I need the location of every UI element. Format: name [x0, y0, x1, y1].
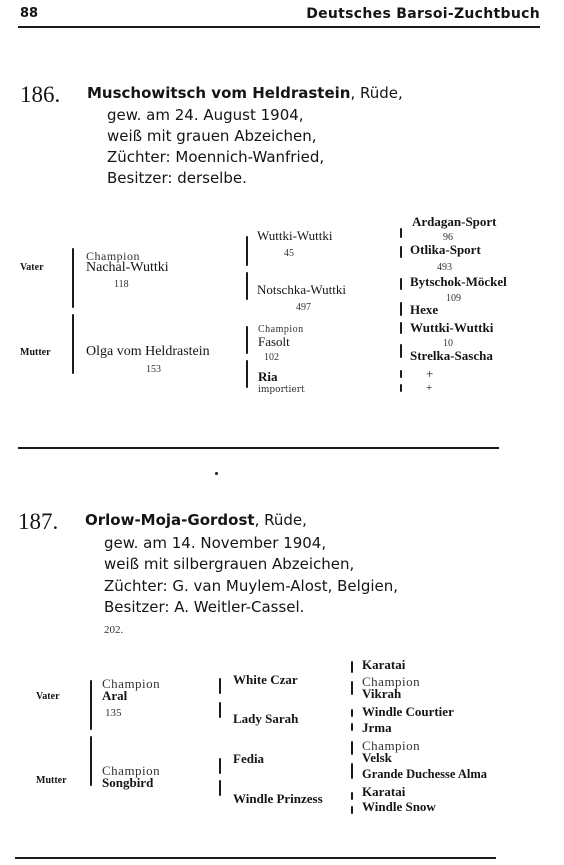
brace	[219, 678, 221, 694]
sire: Champion Aral	[102, 678, 160, 702]
extra-note: 202.	[104, 624, 123, 636]
coat-color: weiß mit silbergrauen Abzeichen,	[104, 555, 354, 573]
brace	[246, 326, 248, 354]
deceased-mark: +	[426, 368, 433, 380]
entry-number: 186.	[20, 82, 60, 108]
sire-sire-reg: 45	[284, 248, 294, 259]
dam-dam-note: importiert	[258, 385, 305, 395]
brace	[219, 758, 221, 774]
dam-sire-reg: 102	[264, 352, 279, 363]
gen3-name: Ardagan-Sport	[412, 216, 497, 228]
gen3-name: Karatai	[362, 786, 405, 798]
footer-rule	[15, 857, 496, 859]
sire-dam-reg: 497	[296, 302, 311, 313]
brace	[351, 681, 353, 695]
brace	[400, 278, 402, 290]
speck	[215, 472, 218, 475]
gen3-name: Wuttki-Wuttki	[410, 322, 493, 334]
sire-label: Vater	[36, 691, 60, 702]
gen3-entry: Champion Velsk	[362, 740, 420, 764]
owner: Besitzer: derselbe.	[107, 169, 247, 187]
gen3-name: Karatai	[362, 659, 405, 671]
dog-name: Muschowitsch vom Heldrastein	[87, 84, 350, 102]
brace	[400, 370, 402, 378]
brace	[90, 680, 92, 730]
dam: Champion Songbird	[102, 765, 160, 789]
owner: Besitzer: A. Weitler-Cassel.	[104, 598, 304, 616]
dam-sire-name: Fasolt	[258, 336, 304, 348]
coat-color: weiß mit grauen Abzeichen,	[107, 127, 317, 145]
gen3-name: Vikrah	[362, 688, 420, 700]
brace	[72, 248, 74, 308]
dog-sex: , Rüde,	[350, 84, 402, 102]
brace	[351, 741, 353, 755]
gen3-name: Windle Snow	[362, 801, 436, 813]
dam-label: Mutter	[36, 775, 67, 786]
brace	[400, 344, 402, 358]
gen3-reg: 493	[437, 262, 452, 273]
brace	[400, 246, 402, 258]
brace	[400, 384, 402, 392]
dam-sire-name: Fedia	[233, 753, 264, 765]
header-rule	[18, 26, 540, 28]
brace	[219, 780, 221, 796]
dam-name: Songbird	[102, 777, 160, 789]
brace	[351, 806, 353, 814]
gen3-name: Otlika-Sport	[410, 244, 481, 256]
book-title: Deutsches Barsoi-Zuchtbuch	[306, 6, 540, 22]
brace	[246, 360, 248, 388]
sire-reg: 135	[105, 707, 122, 719]
brace	[90, 736, 92, 786]
gen3-name: Hexe	[410, 304, 438, 316]
sire-name: Aral	[102, 690, 160, 702]
gen3-name: Strelka-Sascha	[410, 350, 493, 362]
dam-sire: Champion Fasolt	[258, 324, 304, 348]
deceased-mark: +	[426, 382, 432, 394]
birth-date: gew. am 14. November 1904,	[104, 534, 326, 552]
sire-name: Nachal-Wuttki	[86, 262, 169, 274]
entry-number: 187.	[18, 509, 58, 535]
dam-dam-name: Ria	[258, 371, 278, 383]
gen3-name: Jrma	[362, 722, 392, 734]
brace	[400, 302, 402, 316]
dam-dam-name: Windle Prinzess	[233, 793, 323, 805]
gen3-name: Bytschok-Möckel	[410, 276, 507, 288]
brace	[400, 228, 402, 238]
brace	[351, 792, 353, 800]
sire: Champion Nachal-Wuttki	[86, 250, 169, 274]
gen3-entry: Champion Vikrah	[362, 676, 420, 700]
dam-reg: 153	[146, 364, 161, 375]
brace	[246, 236, 248, 266]
brace	[400, 322, 402, 334]
entry-title: Orlow-Moja-Gordost, Rüde,	[85, 511, 307, 529]
gen3-name: Windle Courtier	[362, 706, 454, 718]
sire-sire-name: Wuttki-Wuttki	[257, 230, 333, 242]
brace	[351, 661, 353, 673]
brace	[219, 702, 221, 718]
sire-label: Vater	[20, 262, 44, 273]
brace	[351, 723, 353, 731]
sire-sire-name: White Czar	[233, 674, 298, 686]
brace	[246, 272, 248, 300]
page-number: 88	[20, 6, 38, 21]
brace	[351, 709, 353, 717]
breeder: Züchter: Moennich-Wanfried,	[107, 148, 324, 166]
birth-date: gew. am 24. August 1904,	[107, 106, 304, 124]
gen3-name: Grande Duchesse Alma	[362, 768, 487, 780]
sire-reg: 118	[114, 279, 129, 290]
dog-name: Orlow-Moja-Gordost	[85, 511, 255, 529]
dog-sex: , Rüde,	[255, 511, 307, 529]
brace	[72, 314, 74, 374]
sire-dam-name: Lady Sarah	[233, 713, 298, 725]
entry-title: Muschowitsch vom Heldrastein, Rüde,	[87, 84, 403, 102]
gen3-reg: 109	[446, 293, 461, 304]
dam-label: Mutter	[20, 347, 51, 358]
gen3-name: Velsk	[362, 752, 420, 764]
sire-dam-name: Notschka-Wuttki	[257, 284, 346, 296]
breeder: Züchter: G. van Muylem-Alost, Belgien,	[104, 577, 398, 595]
brace	[351, 763, 353, 779]
dam-name: Olga vom Heldrastein	[86, 346, 210, 358]
section-rule	[18, 447, 499, 449]
